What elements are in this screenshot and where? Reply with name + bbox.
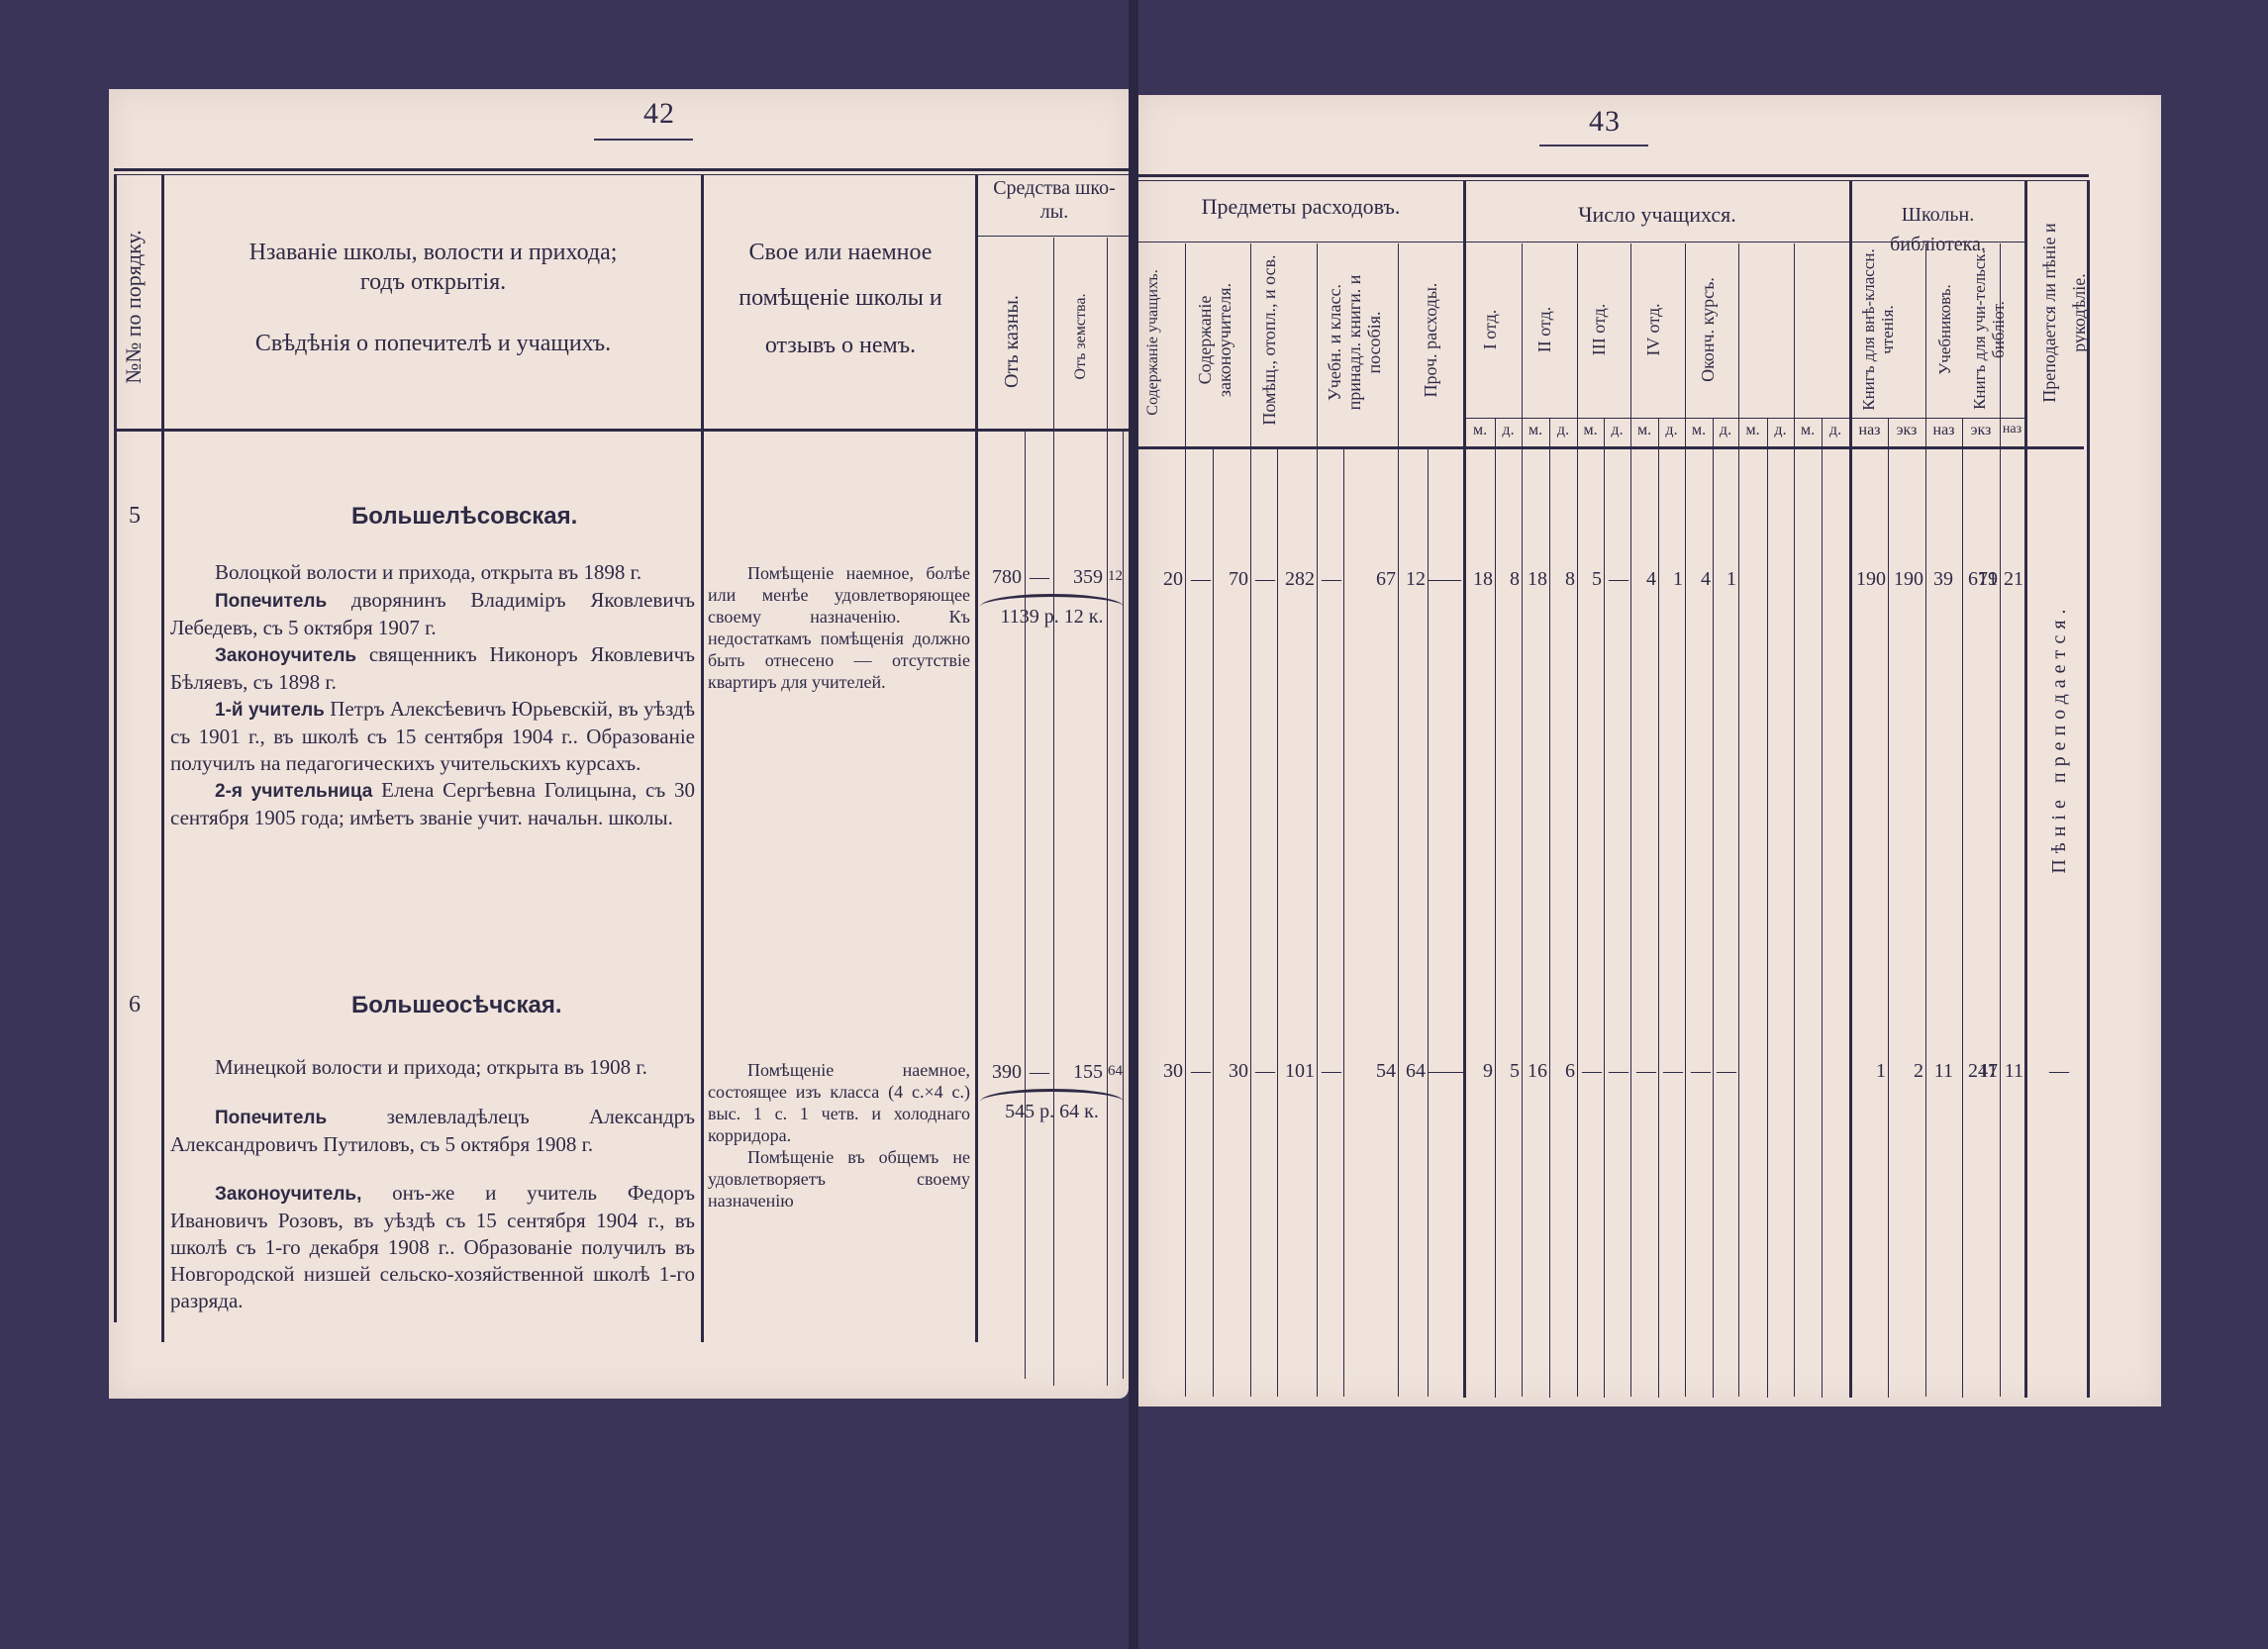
header-number: №№ по порядку.	[124, 188, 144, 426]
col-rule	[1685, 243, 1686, 1397]
col-rule	[1713, 418, 1714, 1398]
header-funds-zemstvo: Отъ земства.	[1071, 257, 1091, 416]
header-pupils-1: I отд.	[1480, 245, 1500, 414]
header-exp-teachers: Содержаніе учащихъ.	[1143, 253, 1163, 432]
header-premises-line2: помѣщеніе школы и	[708, 283, 973, 313]
col-rule	[1107, 238, 1108, 1386]
header-name-line3: Свѣдѣнія о попечителѣ и учащихъ.	[168, 329, 698, 358]
col-rule	[1522, 243, 1523, 1397]
sub-d: д.	[1767, 422, 1794, 439]
sub-ekz: экз	[1888, 422, 1925, 439]
funds-zemstvo-kopecks: 12	[1107, 568, 1123, 585]
sub-d: д.	[1495, 422, 1522, 439]
header-funds-group: Средства шко-лы.	[980, 176, 1129, 224]
sub-ekz: экз	[1962, 422, 2000, 439]
sub-d: д.	[1713, 422, 1738, 439]
col-rule	[1577, 243, 1578, 1397]
header-exp-premises: Помѣщ., отопл., и осв.	[1259, 248, 1279, 432]
header-lib-teachers: Книгъ для учи-тельск. библіот.	[1970, 245, 2008, 414]
col-rule	[1317, 243, 1318, 1397]
col-rule	[701, 174, 704, 1342]
sub-m: м.	[1685, 422, 1713, 439]
sub-d: д.	[1549, 422, 1577, 439]
funds-treasury-kopecks: —	[1028, 1061, 1049, 1084]
sub-m: м.	[1465, 422, 1495, 439]
book-gutter	[1129, 0, 1138, 1649]
funds-treasury-rubles: 390	[980, 1061, 1022, 1084]
col-rule	[2000, 243, 2001, 1397]
left-page: 42 №№ по порядку. Нзаваніе школы, волост…	[109, 89, 1129, 1399]
col-rule	[161, 174, 164, 1342]
page-number-underline	[1539, 145, 1648, 146]
school-number: 6	[129, 992, 141, 1018]
pupils-group-rule	[1465, 242, 1851, 242]
header-expenses-group: Предметы расходовъ.	[1138, 192, 1463, 222]
header-pupils-4: IV отд.	[1643, 245, 1663, 414]
school-premises: Помѣщеніе наемное, состоящее изъ класса …	[708, 1059, 970, 1212]
col-rule	[1495, 418, 1496, 1398]
col-rule	[1185, 243, 1186, 1397]
header-exp-religion: Содержаніе законоучителя.	[1195, 248, 1234, 432]
col-rule	[975, 174, 978, 1342]
header-name-line1: Нзаваніе школы, волости и прихода;	[168, 238, 698, 267]
lib-teachers-naz: 11	[1962, 1060, 1998, 1083]
header-pupils-group: Число учащихся.	[1465, 200, 1849, 230]
funds-zemstvo-rubles: 155	[1057, 1061, 1103, 1084]
header-pupils-3: III отд.	[1589, 245, 1609, 414]
sub-m: м.	[1522, 422, 1549, 439]
col-rule	[1604, 418, 1605, 1398]
singing-value: —	[2034, 1060, 2084, 1083]
col-rule	[1053, 238, 1054, 1386]
lib-teachers-naz: 19	[1962, 568, 1998, 591]
header-lib-extra: Книгъ для внѣ-классн. чтенія.	[1859, 245, 1897, 414]
col-rule	[114, 174, 117, 1322]
sub-d: д.	[1658, 422, 1685, 439]
col-rule	[1738, 243, 1739, 1397]
expenses-group-rule	[1138, 242, 1465, 242]
col-rule	[1794, 243, 1795, 1397]
header-premises-line3: отзывъ о немъ.	[708, 331, 973, 360]
col-rule	[1888, 418, 1889, 1398]
col-rule	[1962, 418, 1963, 1398]
sub-naz: наз	[1851, 422, 1888, 439]
sub-m: м.	[1630, 422, 1658, 439]
school-info: Волоцкой волости и прихода, открыта въ 1…	[170, 559, 695, 831]
page-number-underline	[594, 139, 693, 141]
col-rule	[1123, 429, 1124, 1379]
school-premises: Помѣщеніе наемное, болѣе или менѣе удовл…	[708, 562, 970, 693]
funds-total: 545 р. 64 к.	[980, 1101, 1124, 1123]
funds-total: 1139 р. 12 к.	[980, 606, 1124, 629]
singing-value: Пѣніе преподается.	[2049, 550, 2069, 926]
school-number: 5	[129, 503, 141, 530]
header-exp-supplies: Учебн. и класс. принадл. книги. и пособі…	[1325, 248, 1384, 436]
school-info: Минецкой волости и прихода; открыта въ 1…	[170, 1054, 695, 1314]
school-name: Большелѣсовская.	[351, 503, 577, 531]
funds-treasury-rubles: 780	[980, 566, 1022, 589]
sub-d: д.	[1822, 422, 1849, 439]
header-exp-other: Проч. расходы.	[1421, 248, 1440, 432]
table-top-rule	[1138, 174, 2089, 177]
funds-zemstvo-kopecks: 64	[1107, 1063, 1123, 1080]
funds-group-rule	[978, 236, 1129, 237]
col-rule	[1822, 418, 1823, 1398]
sub-d: д.	[1604, 422, 1630, 439]
col-rule	[1549, 418, 1550, 1398]
page-number-left: 42	[643, 97, 675, 131]
col-rule	[1658, 418, 1659, 1398]
col-rule	[1463, 180, 1466, 1398]
col-rule	[1025, 429, 1026, 1379]
col-rule	[1398, 243, 1399, 1397]
sub-naz: наз	[2000, 422, 2024, 437]
table-top-rule-inner	[1138, 180, 2089, 181]
funds-treasury-kopecks: —	[1028, 566, 1049, 589]
header-bottom-rule	[1138, 446, 2084, 449]
header-lib-textbooks: Учебниковъ.	[1935, 245, 1955, 414]
right-page: 43 Предметы расходовъ. Число учащихся. Ш…	[1138, 95, 2161, 1406]
sub-m: м.	[1738, 422, 1767, 439]
header-premises-line1: Свое или наемное	[708, 238, 973, 267]
header-funds-treasury: Отъ казны.	[1002, 262, 1022, 421]
sub-m: м.	[1794, 422, 1822, 439]
table-top-rule	[114, 168, 1129, 171]
page-number-right: 43	[1589, 105, 1621, 139]
sub-naz: наз	[1925, 422, 1962, 439]
header-singing: Преподается ли пѣніе и рукодѣліе.	[2034, 184, 2094, 441]
col-rule	[1849, 180, 1852, 1398]
col-rule	[1630, 243, 1631, 1397]
school-name: Большеосѣчская.	[351, 992, 562, 1019]
lib-teachers-ekz: 21	[2000, 568, 2023, 591]
lib-teachers-ekz: 11	[2000, 1060, 2023, 1083]
header-name-line2: годъ открытія.	[168, 267, 698, 297]
col-rule	[1767, 418, 1768, 1398]
col-rule	[1250, 243, 1251, 1397]
col-rule	[1925, 243, 1926, 1397]
funds-zemstvo-rubles: 359	[1057, 566, 1103, 589]
sub-m: м.	[1577, 422, 1604, 439]
header-pupils-grad: Оконч. курсъ.	[1698, 245, 1718, 414]
header-pupils-2: II отд.	[1534, 245, 1554, 414]
col-rule	[2024, 180, 2027, 1398]
